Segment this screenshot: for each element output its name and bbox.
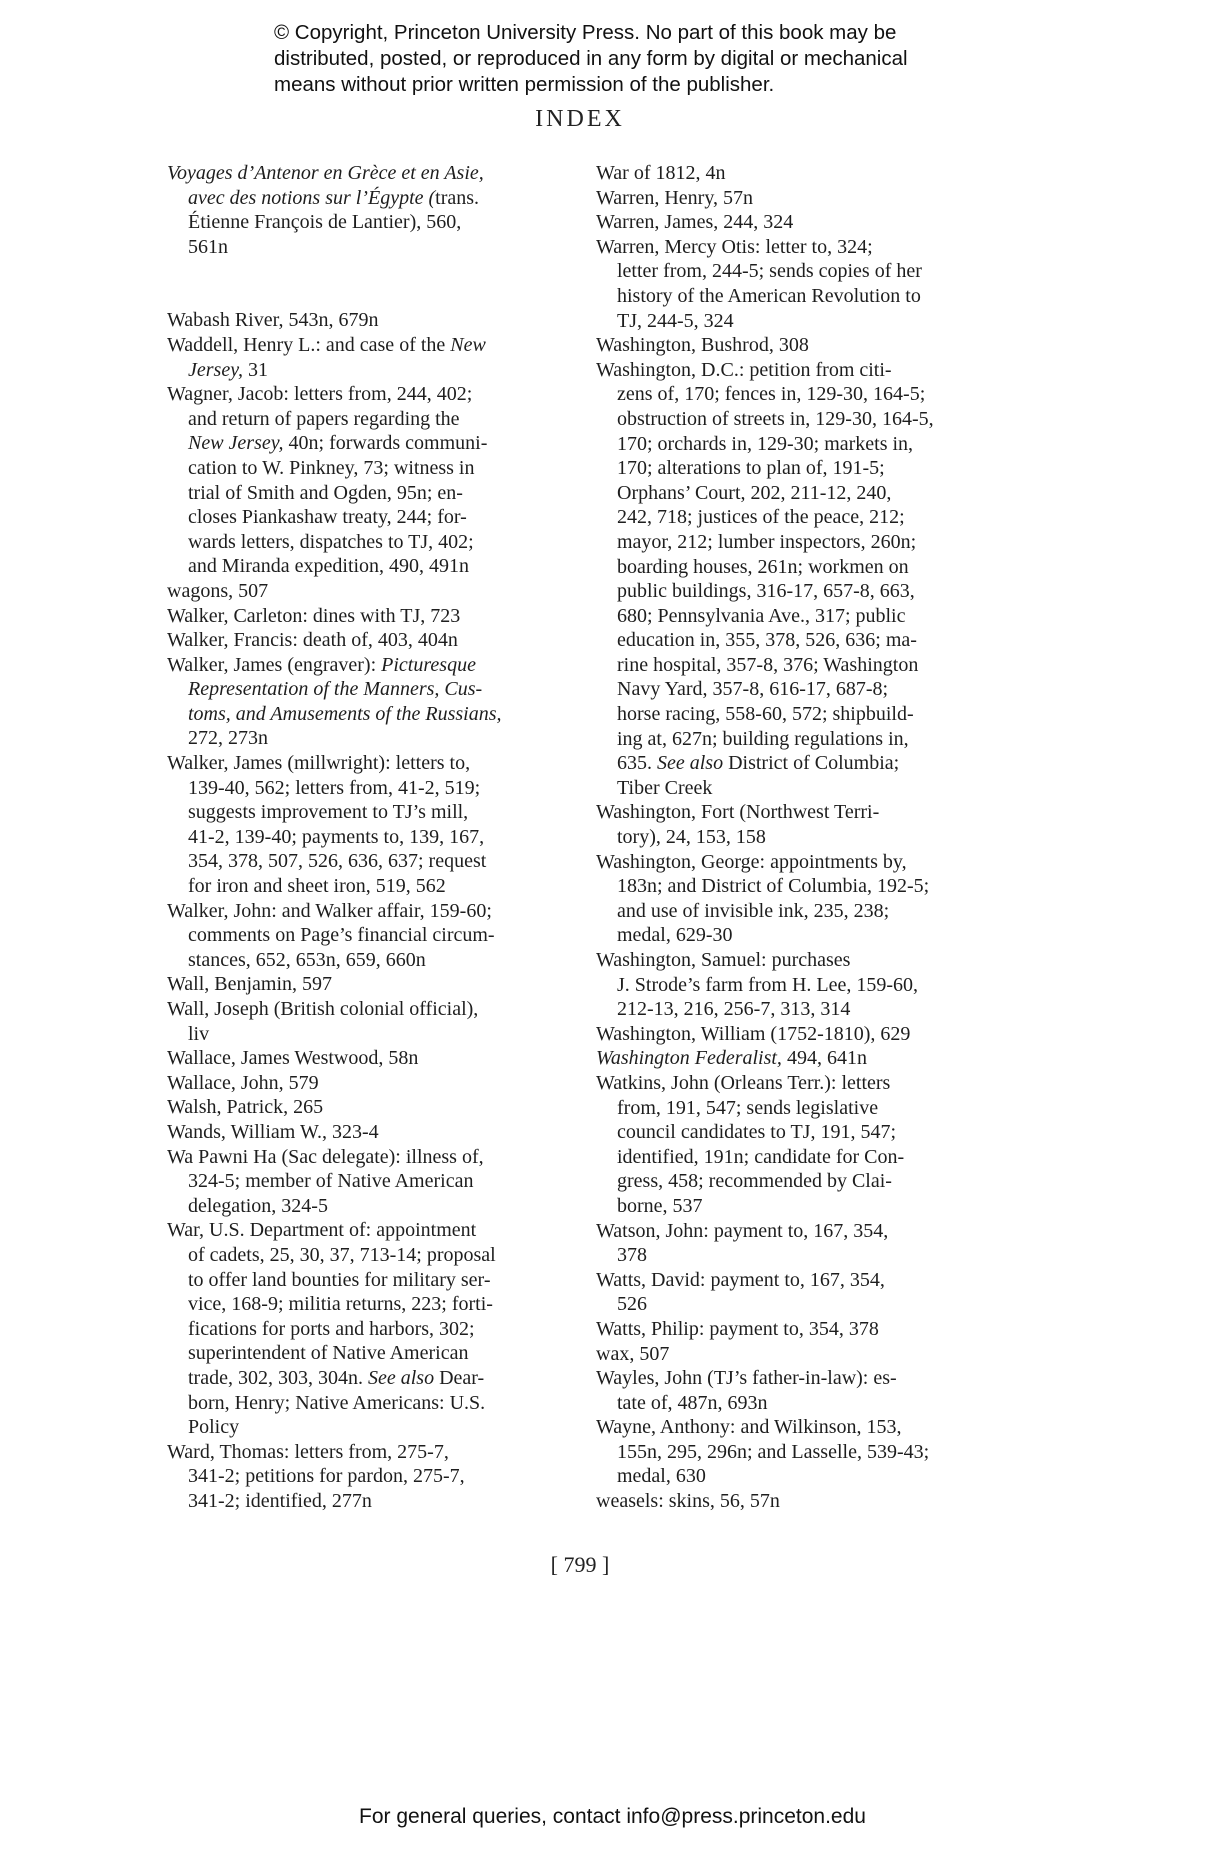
index-entry-heading-line: Voyages d’Antenor en Grèce et en Asie, bbox=[167, 161, 587, 186]
text: Étienne François de Lantier), 560, bbox=[188, 211, 461, 233]
index-entry-heading-line: Watts, Philip: payment to, 354, 378 bbox=[596, 1317, 1016, 1342]
text: weasels: skins, 56, 57n bbox=[596, 1490, 780, 1512]
index-entry-continuation-line: New Jersey, 40n; forwards communi- bbox=[167, 431, 587, 456]
index-entry-heading-line: Washington, D.C.: petition from citi- bbox=[596, 358, 1016, 383]
index-entry-continuation-line: horse racing, 558-60, 572; shipbuild- bbox=[596, 702, 1016, 727]
index-entry-heading-line: Wa Pawni Ha (Sac delegate): illness of, bbox=[167, 1145, 587, 1170]
index-entry: War of 1812, 4n bbox=[596, 161, 1016, 186]
index-entry-continuation-line: history of the American Revolution to bbox=[596, 284, 1016, 309]
index-entry-heading-line: Watkins, John (Orleans Terr.): letters bbox=[596, 1071, 1016, 1096]
text: Warren, Mercy Otis: letter to, 324; bbox=[596, 236, 873, 258]
text: from, 191, 547; sends legislative bbox=[617, 1097, 878, 1119]
text: 31 bbox=[243, 359, 268, 381]
text: Watson, John: payment to, 167, 354, bbox=[596, 1220, 888, 1242]
index-entry-heading-line: weasels: skins, 56, 57n bbox=[596, 1489, 1016, 1514]
footer-contact: For general queries, contact info@press.… bbox=[0, 1805, 1225, 1829]
index-entry: Washington, Samuel: purchasesJ. Strode’s… bbox=[596, 948, 1016, 1022]
text: Wall, Joseph (British colonial official)… bbox=[167, 998, 478, 1020]
text: 139-40, 562; letters from, 41-2, 519; bbox=[188, 777, 480, 799]
index-entry-heading-line: Waddell, Henry L.: and case of the New bbox=[167, 333, 587, 358]
index-entry-continuation-line: 41-2, 139-40; payments to, 139, 167, bbox=[167, 825, 587, 850]
text: trans. bbox=[435, 187, 479, 209]
text: 341-2; identified, 277n bbox=[188, 1490, 372, 1512]
text: and return of papers regarding the bbox=[188, 408, 460, 430]
index-entry: Washington, William (1752-1810), 629 bbox=[596, 1022, 1016, 1047]
index-entry-continuation-line: and use of invisible ink, 235, 238; bbox=[596, 899, 1016, 924]
text: Orphans’ Court, 202, 211-12, 240, bbox=[617, 482, 891, 504]
index-entry-continuation-line: cation to W. Pinkney, 73; witness in bbox=[167, 456, 587, 481]
text: born, Henry; Native Americans: U.S. bbox=[188, 1392, 485, 1414]
italic-text: Representation of the Manners, Cus- bbox=[188, 678, 482, 700]
index-entry: Watts, Philip: payment to, 354, 378 bbox=[596, 1317, 1016, 1342]
index-entry-heading-line: Washington, Bushrod, 308 bbox=[596, 333, 1016, 358]
text: to offer land bounties for military ser- bbox=[188, 1269, 490, 1291]
index-entry-heading-line: Wallace, John, 579 bbox=[167, 1071, 587, 1096]
index-entry-continuation-line: comments on Page’s financial circum- bbox=[167, 923, 587, 948]
index-entry-heading-line: Ward, Thomas: letters from, 275-7, bbox=[167, 1440, 587, 1465]
index-entry-continuation-line: trial of Smith and Ogden, 95n; en- bbox=[167, 481, 587, 506]
index-entry-continuation-line: tory), 24, 153, 158 bbox=[596, 825, 1016, 850]
page-title: INDEX bbox=[0, 106, 1160, 133]
index-entry-continuation-line: boarding houses, 261n; workmen on bbox=[596, 555, 1016, 580]
copyright-line: distributed, posted, or reproduced in an… bbox=[274, 46, 994, 72]
text: Washington, William (1752-1810), 629 bbox=[596, 1023, 910, 1045]
index-entry-heading-line: Washington, George: appointments by, bbox=[596, 850, 1016, 875]
section-gap bbox=[167, 259, 587, 308]
index-entry: Washington, Bushrod, 308 bbox=[596, 333, 1016, 358]
index-entry-continuation-line: TJ, 244-5, 324 bbox=[596, 309, 1016, 334]
text: Walker, James (millwright): letters to, bbox=[167, 752, 470, 774]
text: Wallace, John, 579 bbox=[167, 1072, 319, 1094]
copyright-line: © Copyright, Princeton University Press.… bbox=[274, 20, 994, 46]
index-entry: Washington, George: appointments by,183n… bbox=[596, 850, 1016, 948]
text: Wagner, Jacob: letters from, 244, 402; bbox=[167, 383, 472, 405]
italic-text: avec des notions sur l’Égypte ( bbox=[188, 187, 435, 209]
index-entry-heading-line: Wall, Benjamin, 597 bbox=[167, 972, 587, 997]
text: Wayles, John (TJ’s father-in-law): es- bbox=[596, 1367, 897, 1389]
index-entry-continuation-line: J. Strode’s farm from H. Lee, 159-60, bbox=[596, 973, 1016, 998]
text: suggests improvement to TJ’s mill, bbox=[188, 801, 468, 823]
text: Walker, Carleton: dines with TJ, 723 bbox=[167, 605, 460, 627]
index-entry-continuation-line: tate of, 487n, 693n bbox=[596, 1391, 1016, 1416]
index-entry: War, U.S. Department of: appointmentof c… bbox=[167, 1218, 587, 1439]
text: Watkins, John (Orleans Terr.): letters bbox=[596, 1072, 890, 1094]
index-entry: Watson, John: payment to, 167, 354,378 bbox=[596, 1219, 1016, 1268]
text: for iron and sheet iron, 519, 562 bbox=[188, 875, 446, 897]
index-entry-continuation-line: 183n; and District of Columbia, 192-5; bbox=[596, 874, 1016, 899]
index-entry-continuation-line: liv bbox=[167, 1022, 587, 1047]
index-entry-continuation-line: letter from, 244-5; sends copies of her bbox=[596, 259, 1016, 284]
text: Wa Pawni Ha (Sac delegate): illness of, bbox=[167, 1146, 484, 1168]
text: history of the American Revolution to bbox=[617, 285, 921, 307]
index-entry-continuation-line: born, Henry; Native Americans: U.S. bbox=[167, 1391, 587, 1416]
text: 272, 273n bbox=[188, 727, 268, 749]
text: boarding houses, 261n; workmen on bbox=[617, 556, 909, 578]
index-entry-heading-line: Warren, Henry, 57n bbox=[596, 186, 1016, 211]
index-entry-heading-line: Wabash River, 543n, 679n bbox=[167, 308, 587, 333]
italic-text: toms, and Amusements of the Russians, bbox=[188, 703, 502, 725]
index-entry: Wabash River, 543n, 679n bbox=[167, 308, 587, 333]
index-entry-heading-line: wagons, 507 bbox=[167, 579, 587, 604]
index-entry: Washington Federalist, 494, 641n bbox=[596, 1046, 1016, 1071]
index-entry-heading-line: Walker, John: and Walker affair, 159-60; bbox=[167, 899, 587, 924]
index-entry: Wallace, James Westwood, 58n bbox=[167, 1046, 587, 1071]
text: Washington, D.C.: petition from citi- bbox=[596, 359, 892, 381]
index-entry: Warren, Henry, 57n bbox=[596, 186, 1016, 211]
text: fications for ports and harbors, 302; bbox=[188, 1318, 475, 1340]
index-entry: Washington, Fort (Northwest Terri-tory),… bbox=[596, 800, 1016, 849]
index-entry-continuation-line: suggests improvement to TJ’s mill, bbox=[167, 800, 587, 825]
text: and Miranda expedition, 490, 491n bbox=[188, 555, 469, 577]
text: 341-2; petitions for pardon, 275-7, bbox=[188, 1465, 465, 1487]
text: Warren, Henry, 57n bbox=[596, 187, 753, 209]
text: superintendent of Native American bbox=[188, 1342, 468, 1364]
index-entry-continuation-line: Tiber Creek bbox=[596, 776, 1016, 801]
text: closes Piankashaw treaty, 244; for- bbox=[188, 506, 467, 528]
index-entry: Wands, William W., 323-4 bbox=[167, 1120, 587, 1145]
text: Walsh, Patrick, 265 bbox=[167, 1096, 323, 1118]
text: Washington, Bushrod, 308 bbox=[596, 334, 809, 356]
index-entry-continuation-line: delegation, 324-5 bbox=[167, 1194, 587, 1219]
text: stances, 652, 653n, 659, 660n bbox=[188, 949, 426, 971]
text: Policy bbox=[188, 1416, 239, 1438]
text: Washington, Samuel: purchases bbox=[596, 949, 850, 971]
index-entry-continuation-line: council candidates to TJ, 191, 547; bbox=[596, 1120, 1016, 1145]
index-entry-continuation-line: 526 bbox=[596, 1292, 1016, 1317]
index-entry-continuation-line: 635. See also District of Columbia; bbox=[596, 751, 1016, 776]
text: 680; Pennsylvania Ave., 317; public bbox=[617, 605, 906, 627]
text: ing at, 627n; building regulations in, bbox=[617, 728, 909, 750]
index-entry-heading-line: Wands, William W., 323-4 bbox=[167, 1120, 587, 1145]
index-entry-continuation-line: 155n, 295, 296n; and Lasselle, 539-43; bbox=[596, 1440, 1016, 1465]
index-entry-heading-line: Washington, William (1752-1810), 629 bbox=[596, 1022, 1016, 1047]
index-entry-heading-line: wax, 507 bbox=[596, 1342, 1016, 1367]
text: trade, 302, 303, 304n. bbox=[188, 1367, 368, 1389]
index-entry-continuation-line: mayor, 212; lumber inspectors, 260n; bbox=[596, 530, 1016, 555]
text: 40n; forwards communi- bbox=[284, 432, 488, 454]
index-entry: Wallace, John, 579 bbox=[167, 1071, 587, 1096]
index-entry-heading-line: War of 1812, 4n bbox=[596, 161, 1016, 186]
index-entry: Wagner, Jacob: letters from, 244, 402;an… bbox=[167, 382, 587, 579]
index-entry-continuation-line: borne, 537 bbox=[596, 1194, 1016, 1219]
text: and use of invisible ink, 235, 238; bbox=[617, 900, 889, 922]
index-entry-continuation-line: Representation of the Manners, Cus- bbox=[167, 677, 587, 702]
index-entry-heading-line: Warren, James, 244, 324 bbox=[596, 210, 1016, 235]
index-entry-heading-line: Warren, Mercy Otis: letter to, 324; bbox=[596, 235, 1016, 260]
text: gress, 458; recommended by Clai- bbox=[617, 1170, 892, 1192]
index-entry: Wa Pawni Ha (Sac delegate): illness of,3… bbox=[167, 1145, 587, 1219]
index-entry: wax, 507 bbox=[596, 1342, 1016, 1367]
index-entry-heading-line: War, U.S. Department of: appointment bbox=[167, 1218, 587, 1243]
text: Washington, Fort (Northwest Terri- bbox=[596, 801, 879, 823]
text: horse racing, 558-60, 572; shipbuild- bbox=[617, 703, 914, 725]
text: 494, 641n bbox=[782, 1047, 867, 1069]
index-entry: Washington, D.C.: petition from citi-zen… bbox=[596, 358, 1016, 801]
text: Ward, Thomas: letters from, 275-7, bbox=[167, 1441, 449, 1463]
italic-text: Picturesque bbox=[381, 654, 476, 676]
index-entry-continuation-line: and Miranda expedition, 490, 491n bbox=[167, 554, 587, 579]
text: wards letters, dispatches to TJ, 402; bbox=[188, 531, 474, 553]
text: vice, 168-9; militia returns, 223; forti… bbox=[188, 1293, 493, 1315]
text: Dear- bbox=[434, 1367, 484, 1389]
copyright-notice: © Copyright, Princeton University Press.… bbox=[274, 20, 994, 98]
text: 242, 718; justices of the peace, 212; bbox=[617, 506, 905, 528]
text: 183n; and District of Columbia, 192-5; bbox=[617, 875, 929, 897]
text: comments on Page’s financial circum- bbox=[188, 924, 495, 946]
text: District of Columbia; bbox=[723, 752, 899, 774]
text: 324-5; member of Native American bbox=[188, 1170, 473, 1192]
text: Washington, George: appointments by, bbox=[596, 851, 907, 873]
italic-text: Voyages d’Antenor en Grèce et en Asie, bbox=[167, 162, 484, 184]
index-entry-continuation-line: Navy Yard, 357-8, 616-17, 687-8; bbox=[596, 677, 1016, 702]
index-entry-continuation-line: medal, 629-30 bbox=[596, 923, 1016, 948]
index-entry-continuation-line: 378 bbox=[596, 1243, 1016, 1268]
italic-text: Jersey, bbox=[188, 359, 243, 381]
index-entry-continuation-line: 680; Pennsylvania Ave., 317; public bbox=[596, 604, 1016, 629]
index-entry-heading-line: Walker, James (engraver): Picturesque bbox=[167, 653, 587, 678]
index-entry-continuation-line: 324-5; member of Native American bbox=[167, 1169, 587, 1194]
index-entry: Walker, James (millwright): letters to,1… bbox=[167, 751, 587, 899]
index-entry-continuation-line: 242, 718; justices of the peace, 212; bbox=[596, 505, 1016, 530]
text: Wabash River, 543n, 679n bbox=[167, 309, 378, 331]
text: council candidates to TJ, 191, 547; bbox=[617, 1121, 896, 1143]
text: rine hospital, 357-8, 376; Washington bbox=[617, 654, 918, 676]
index-entry-continuation-line: gress, 458; recommended by Clai- bbox=[596, 1169, 1016, 1194]
text: wax, 507 bbox=[596, 1343, 669, 1365]
text: J. Strode’s farm from H. Lee, 159-60, bbox=[617, 974, 918, 996]
text: borne, 537 bbox=[617, 1195, 703, 1217]
text: 155n, 295, 296n; and Lasselle, 539-43; bbox=[617, 1441, 929, 1463]
index-entry-continuation-line: 170; orchards in, 129-30; markets in, bbox=[596, 432, 1016, 457]
text: Navy Yard, 357-8, 616-17, 687-8; bbox=[617, 678, 888, 700]
text: Watts, Philip: payment to, 354, 378 bbox=[596, 1318, 879, 1340]
index-entry: wagons, 507 bbox=[167, 579, 587, 604]
index-entry: Wayne, Anthony: and Wilkinson, 153,155n,… bbox=[596, 1415, 1016, 1489]
italic-text: See also bbox=[368, 1367, 434, 1389]
text: tory), 24, 153, 158 bbox=[617, 826, 766, 848]
text: Walker, John: and Walker affair, 159-60; bbox=[167, 900, 492, 922]
index-column-left: Voyages d’Antenor en Grèce et en Asie,av… bbox=[167, 161, 587, 1513]
text: 561n bbox=[188, 236, 228, 258]
index-entry-continuation-line: and return of papers regarding the bbox=[167, 407, 587, 432]
text: 378 bbox=[617, 1244, 647, 1266]
index-entry-continuation-line: identified, 191n; candidate for Con- bbox=[596, 1145, 1016, 1170]
index-entry-continuation-line: closes Piankashaw treaty, 244; for- bbox=[167, 505, 587, 530]
text: liv bbox=[188, 1023, 209, 1045]
index-entry: Wall, Benjamin, 597 bbox=[167, 972, 587, 997]
text: letter from, 244-5; sends copies of her bbox=[617, 260, 922, 282]
index-entry-heading-line: Wagner, Jacob: letters from, 244, 402; bbox=[167, 382, 587, 407]
index-entry-heading-line: Wall, Joseph (British colonial official)… bbox=[167, 997, 587, 1022]
index-entry: Walker, James (engraver): PicturesqueRep… bbox=[167, 653, 587, 751]
text: Warren, James, 244, 324 bbox=[596, 211, 793, 233]
index-entry-continuation-line: zens of, 170; fences in, 129-30, 164-5; bbox=[596, 382, 1016, 407]
text: public buildings, 316-17, 657-8, 663, bbox=[617, 580, 915, 602]
index-entry-heading-line: Walker, James (millwright): letters to, bbox=[167, 751, 587, 776]
text: of cadets, 25, 30, 37, 713-14; proposal bbox=[188, 1244, 496, 1266]
index-entry-heading-line: Wayles, John (TJ’s father-in-law): es- bbox=[596, 1366, 1016, 1391]
index-entry-continuation-line: obstruction of streets in, 129-30, 164-5… bbox=[596, 407, 1016, 432]
index-entry: Warren, Mercy Otis: letter to, 324;lette… bbox=[596, 235, 1016, 333]
text: 354, 378, 507, 526, 636, 637; request bbox=[188, 850, 486, 872]
index-entry: Walker, Carleton: dines with TJ, 723 bbox=[167, 604, 587, 629]
index-entry-continuation-line: Orphans’ Court, 202, 211-12, 240, bbox=[596, 481, 1016, 506]
italic-text: Washington Federalist, bbox=[596, 1047, 782, 1069]
index-entry: Waddell, Henry L.: and case of the NewJe… bbox=[167, 333, 587, 382]
text: education in, 355, 378, 526, 636; ma- bbox=[617, 629, 917, 651]
index-entry: Warren, James, 244, 324 bbox=[596, 210, 1016, 235]
index-entry-continuation-line: 139-40, 562; letters from, 41-2, 519; bbox=[167, 776, 587, 801]
text: cation to W. Pinkney, 73; witness in bbox=[188, 457, 474, 479]
copyright-line: means without prior written permission o… bbox=[274, 72, 994, 98]
index-entry-heading-line: Walsh, Patrick, 265 bbox=[167, 1095, 587, 1120]
text: medal, 629-30 bbox=[617, 924, 733, 946]
index-entry: Ward, Thomas: letters from, 275-7,341-2;… bbox=[167, 1440, 587, 1514]
text: War of 1812, 4n bbox=[596, 162, 725, 184]
text: tate of, 487n, 693n bbox=[617, 1392, 768, 1414]
index-entry-heading-line: Watson, John: payment to, 167, 354, bbox=[596, 1219, 1016, 1244]
index-entry-heading-line: Wallace, James Westwood, 58n bbox=[167, 1046, 587, 1071]
index-entry-continuation-line: avec des notions sur l’Égypte (trans. bbox=[167, 186, 587, 211]
index-entry-continuation-line: Policy bbox=[167, 1415, 587, 1440]
index-entry-heading-line: Wayne, Anthony: and Wilkinson, 153, bbox=[596, 1415, 1016, 1440]
index-entry-continuation-line: fications for ports and harbors, 302; bbox=[167, 1317, 587, 1342]
index-entry: Walsh, Patrick, 265 bbox=[167, 1095, 587, 1120]
index-entry: Walker, John: and Walker affair, 159-60;… bbox=[167, 899, 587, 973]
text: Wallace, James Westwood, 58n bbox=[167, 1047, 418, 1069]
text: identified, 191n; candidate for Con- bbox=[617, 1146, 904, 1168]
text: Wayne, Anthony: and Wilkinson, 153, bbox=[596, 1416, 902, 1438]
text: wagons, 507 bbox=[167, 580, 268, 602]
text: 170; orchards in, 129-30; markets in, bbox=[617, 433, 913, 455]
index-entry-continuation-line: Jersey, 31 bbox=[167, 358, 587, 383]
index-entry-continuation-line: 354, 378, 507, 526, 636, 637; request bbox=[167, 849, 587, 874]
text: 41-2, 139-40; payments to, 139, 167, bbox=[188, 826, 484, 848]
text: zens of, 170; fences in, 129-30, 164-5; bbox=[617, 383, 925, 405]
index-entry-continuation-line: toms, and Amusements of the Russians, bbox=[167, 702, 587, 727]
index-entry-continuation-line: 341-2; identified, 277n bbox=[167, 1489, 587, 1514]
text: Wands, William W., 323-4 bbox=[167, 1121, 379, 1143]
index-entry-heading-line: Walker, Carleton: dines with TJ, 723 bbox=[167, 604, 587, 629]
text: mayor, 212; lumber inspectors, 260n; bbox=[617, 531, 916, 553]
index-entry-continuation-line: wards letters, dispatches to TJ, 402; bbox=[167, 530, 587, 555]
italic-text: New Jersey, bbox=[188, 432, 284, 454]
index-entry: weasels: skins, 56, 57n bbox=[596, 1489, 1016, 1514]
text: War, U.S. Department of: appointment bbox=[167, 1219, 476, 1241]
index-entry-continuation-line: trade, 302, 303, 304n. See also Dear- bbox=[167, 1366, 587, 1391]
index-entry-continuation-line: Étienne François de Lantier), 560, bbox=[167, 210, 587, 235]
index-entry-continuation-line: rine hospital, 357-8, 376; Washington bbox=[596, 653, 1016, 678]
index-entry-heading-line: Washington, Samuel: purchases bbox=[596, 948, 1016, 973]
text: obstruction of streets in, 129-30, 164-5… bbox=[617, 408, 934, 430]
index-entry: Wayles, John (TJ’s father-in-law): es-ta… bbox=[596, 1366, 1016, 1415]
index-entry-heading-line: Washington Federalist, 494, 641n bbox=[596, 1046, 1016, 1071]
index-entry-continuation-line: education in, 355, 378, 526, 636; ma- bbox=[596, 628, 1016, 653]
index-entry-heading-line: Watts, David: payment to, 167, 354, bbox=[596, 1268, 1016, 1293]
text: medal, 630 bbox=[617, 1465, 706, 1487]
text: 212-13, 216, 256-7, 313, 314 bbox=[617, 998, 850, 1020]
text: TJ, 244-5, 324 bbox=[617, 310, 734, 332]
index-entry: Watkins, John (Orleans Terr.): lettersfr… bbox=[596, 1071, 1016, 1219]
index-entry: Wall, Joseph (British colonial official)… bbox=[167, 997, 587, 1046]
index-entry-heading-line: Walker, Francis: death of, 403, 404n bbox=[167, 628, 587, 653]
index-entry-continuation-line: to offer land bounties for military ser- bbox=[167, 1268, 587, 1293]
text: trial of Smith and Ogden, 95n; en- bbox=[188, 482, 463, 504]
italic-text: New bbox=[450, 334, 486, 356]
index-entry: Voyages d’Antenor en Grèce et en Asie,av… bbox=[167, 161, 587, 259]
index-entry-continuation-line: 170; alterations to plan of, 191-5; bbox=[596, 456, 1016, 481]
text: 170; alterations to plan of, 191-5; bbox=[617, 457, 885, 479]
index-entry-continuation-line: superintendent of Native American bbox=[167, 1341, 587, 1366]
index-entry-continuation-line: stances, 652, 653n, 659, 660n bbox=[167, 948, 587, 973]
index-entry: Walker, Francis: death of, 403, 404n bbox=[167, 628, 587, 653]
index-entry-heading-line: Washington, Fort (Northwest Terri- bbox=[596, 800, 1016, 825]
index-entry-continuation-line: 212-13, 216, 256-7, 313, 314 bbox=[596, 997, 1016, 1022]
index-entry: Watts, David: payment to, 167, 354,526 bbox=[596, 1268, 1016, 1317]
text: delegation, 324-5 bbox=[188, 1195, 328, 1217]
index-column-right: War of 1812, 4nWarren, Henry, 57nWarren,… bbox=[596, 161, 1016, 1514]
index-entry-continuation-line: from, 191, 547; sends legislative bbox=[596, 1096, 1016, 1121]
text: Watts, David: payment to, 167, 354, bbox=[596, 1269, 885, 1291]
page-number: [ 799 ] bbox=[0, 1552, 1160, 1578]
index-entry-continuation-line: 272, 273n bbox=[167, 726, 587, 751]
index-entry-continuation-line: 341-2; petitions for pardon, 275-7, bbox=[167, 1464, 587, 1489]
index-entry-continuation-line: vice, 168-9; militia returns, 223; forti… bbox=[167, 1292, 587, 1317]
index-entry-continuation-line: public buildings, 316-17, 657-8, 663, bbox=[596, 579, 1016, 604]
text: 635. bbox=[617, 752, 657, 774]
text: 526 bbox=[617, 1293, 647, 1315]
index-entry-continuation-line: ing at, 627n; building regulations in, bbox=[596, 727, 1016, 752]
text: Walker, Francis: death of, 403, 404n bbox=[167, 629, 458, 651]
index-entry-continuation-line: of cadets, 25, 30, 37, 713-14; proposal bbox=[167, 1243, 587, 1268]
index-entry-continuation-line: for iron and sheet iron, 519, 562 bbox=[167, 874, 587, 899]
text: Walker, James (engraver): bbox=[167, 654, 381, 676]
index-entry-continuation-line: 561n bbox=[167, 235, 587, 260]
italic-text: See also bbox=[657, 752, 723, 774]
text: Tiber Creek bbox=[617, 777, 712, 799]
text: Wall, Benjamin, 597 bbox=[167, 973, 332, 995]
index-entry-continuation-line: medal, 630 bbox=[596, 1464, 1016, 1489]
text: Waddell, Henry L.: and case of the bbox=[167, 334, 450, 356]
